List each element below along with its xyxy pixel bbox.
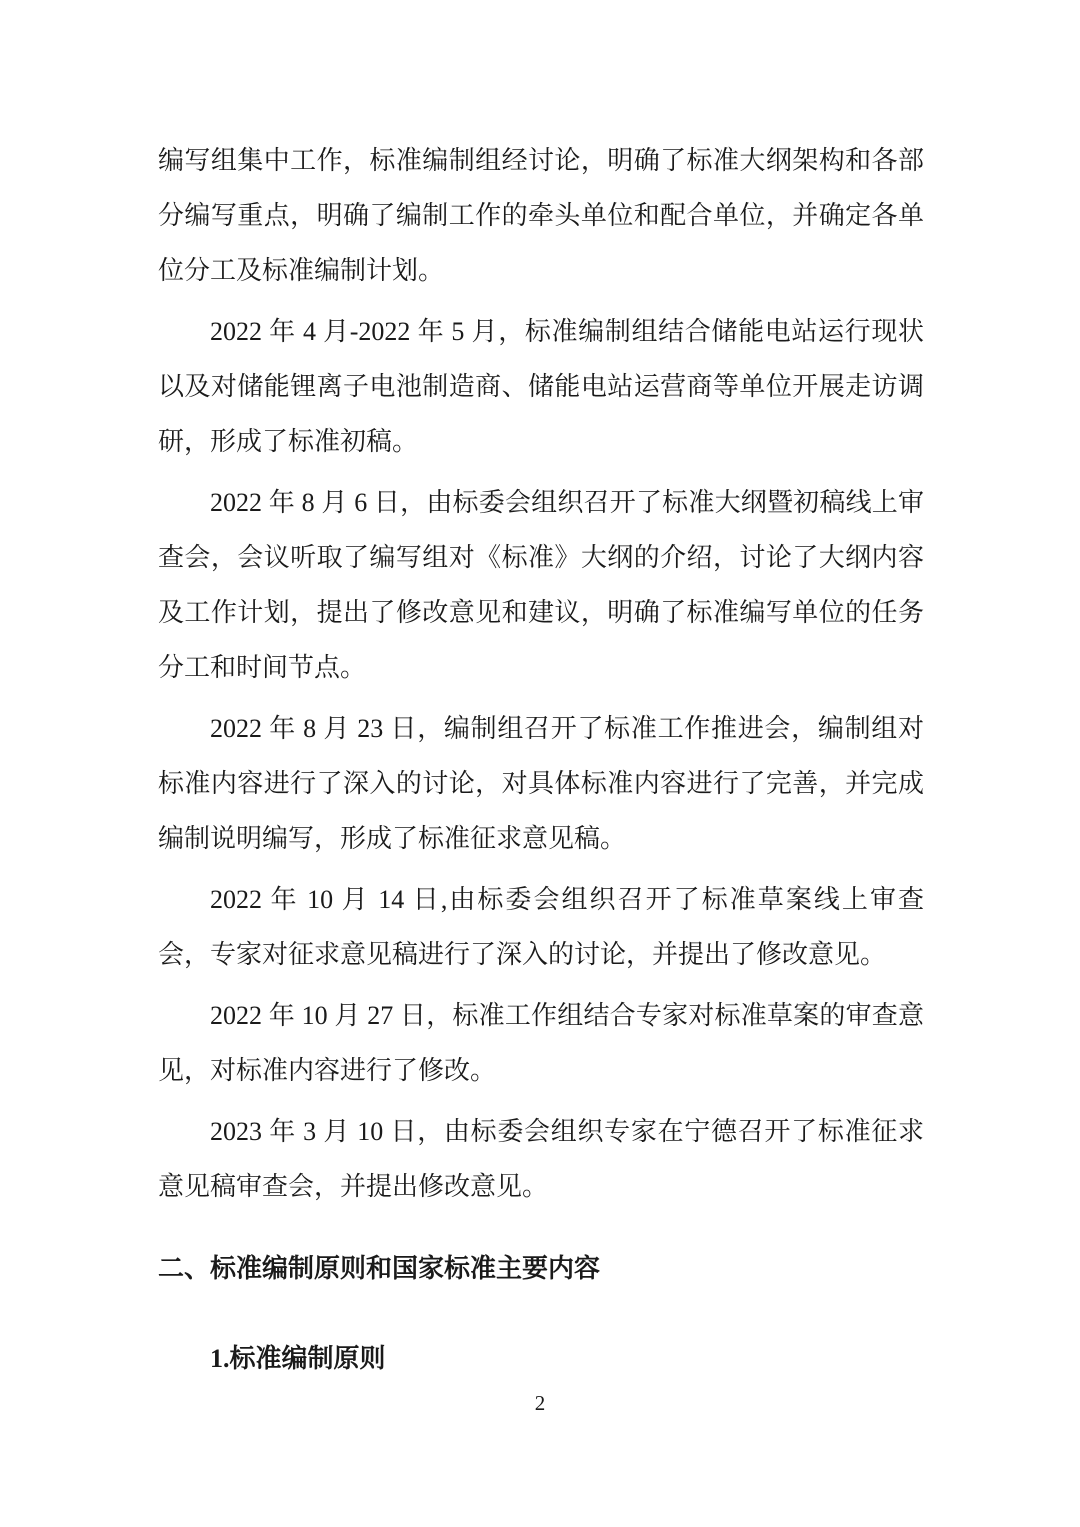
paragraph-aug-6-2022: 2022 年 8 月 6 日，由标委会组织召开了标准大纲暨初稿线上审查会，会议听…	[158, 475, 924, 695]
document-page: 编写组集中工作，标准编制组经讨论，明确了标准大纲架构和各部分编写重点，明确了编制…	[0, 0, 1080, 1527]
paragraph-aug-23-2022: 2022 年 8 月 23 日，编制组召开了标准工作推进会，编制组对标准内容进行…	[158, 701, 924, 866]
paragraph-oct-14-2022: 2022 年 10 月 14 日,由标委会组织召开了标准草案线上审查会，专家对征…	[158, 872, 924, 982]
paragraph-continuation: 编写组集中工作，标准编制组经讨论，明确了标准大纲架构和各部分编写重点，明确了编制…	[158, 133, 924, 298]
page-number: 2	[535, 1391, 546, 1415]
page-footer: 2	[0, 1390, 1080, 1416]
document-body: 编写组集中工作，标准编制组经讨论，明确了标准大纲架构和各部分编写重点，明确了编制…	[158, 133, 924, 1386]
paragraph-oct-27-2022: 2022 年 10 月 27 日，标准工作组结合专家对标准草案的审查意见，对标准…	[158, 988, 924, 1098]
section-heading: 二、标准编制原则和国家标准主要内容	[158, 1241, 924, 1296]
paragraph-apr-may-2022: 2022 年 4 月-2022 年 5 月，标准编制组结合储能电站运行现状以及对…	[158, 304, 924, 469]
paragraph-mar-10-2023: 2023 年 3 月 10 日，由标委会组织专家在宁德召开了标准征求意见稿审查会…	[158, 1104, 924, 1214]
subsection-heading: 1.标准编制原则	[158, 1331, 924, 1386]
